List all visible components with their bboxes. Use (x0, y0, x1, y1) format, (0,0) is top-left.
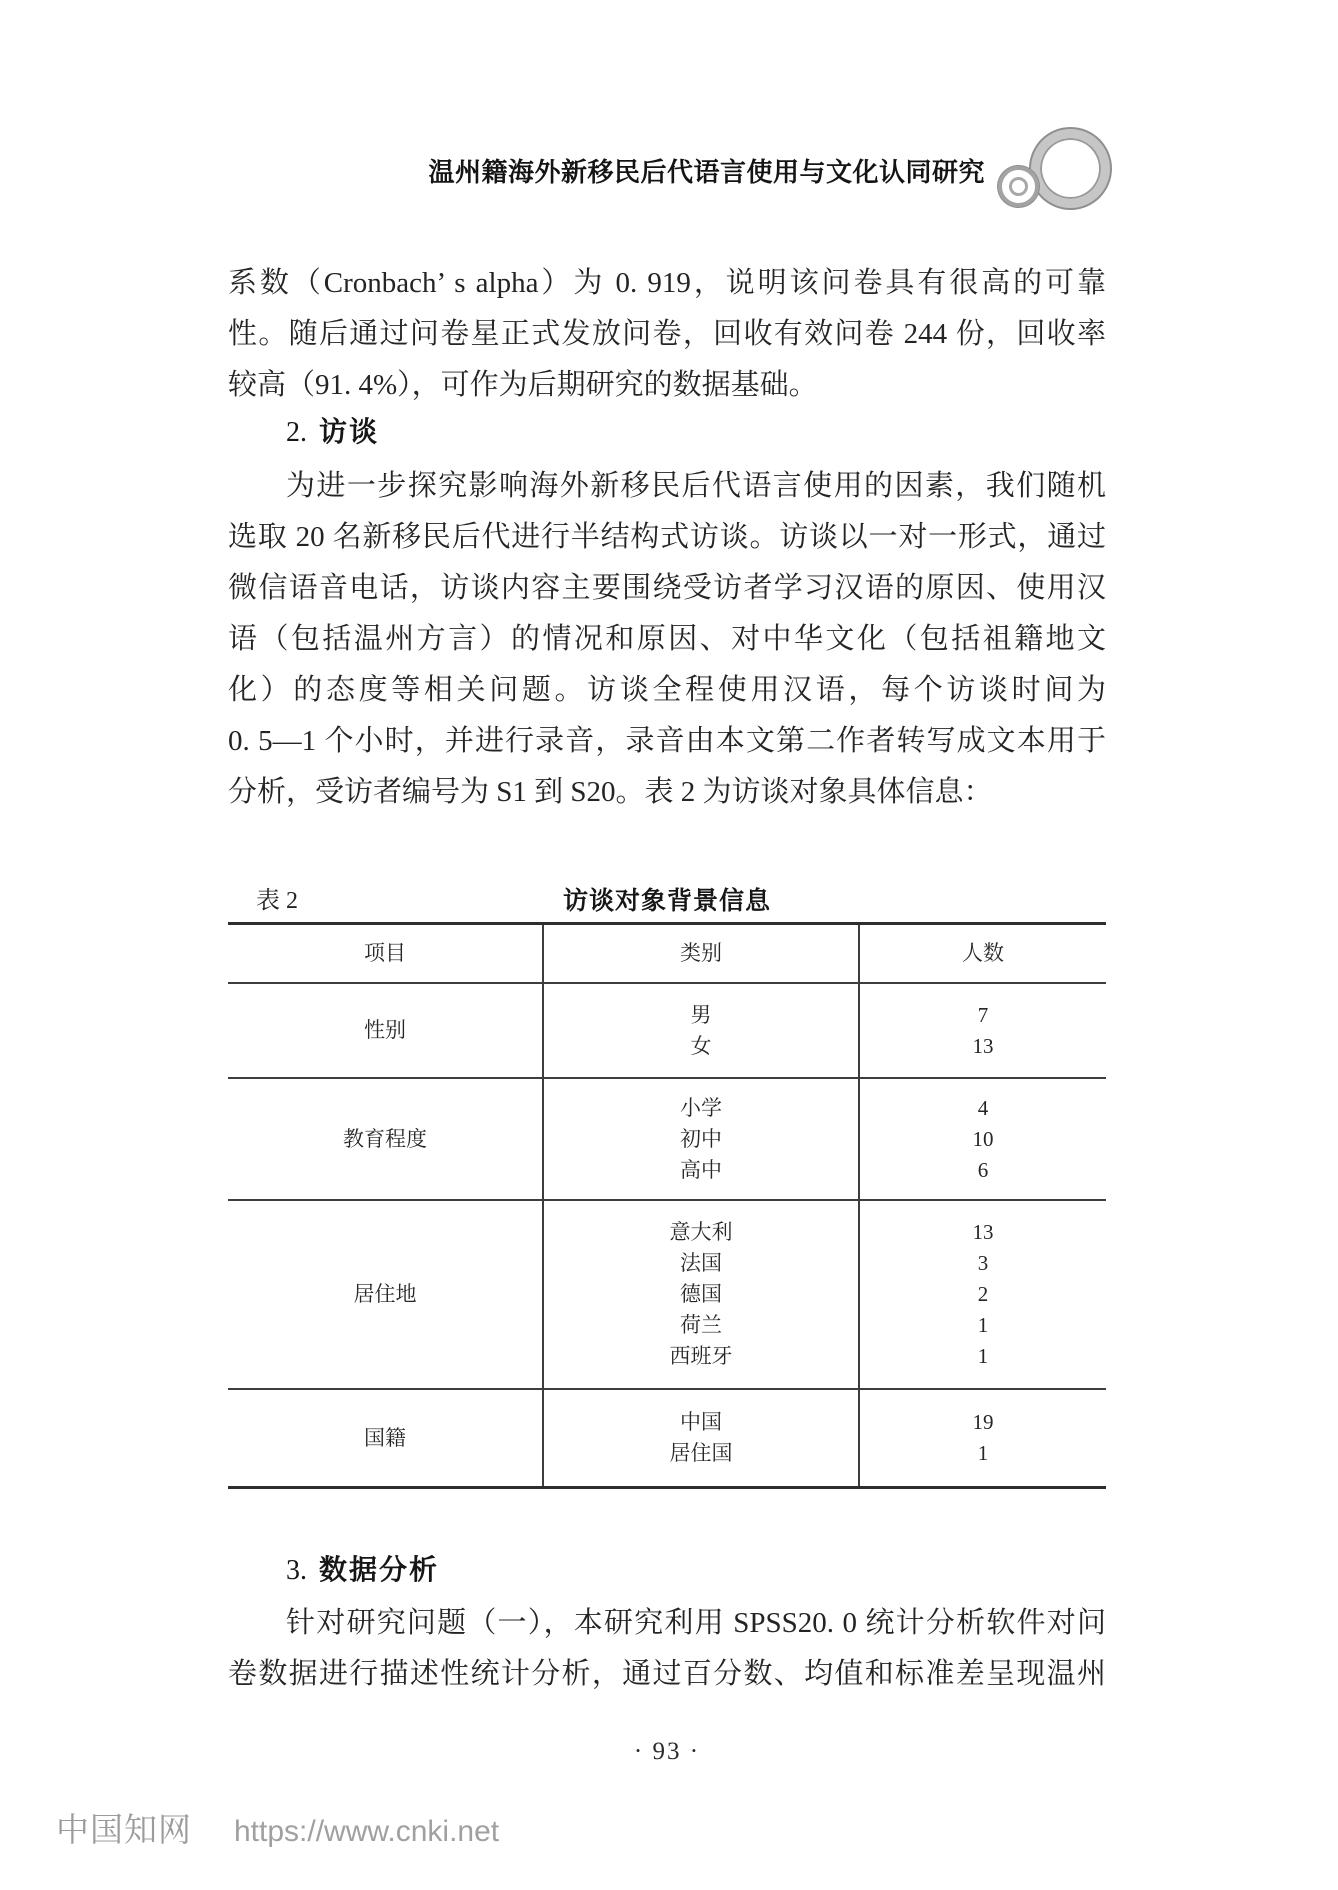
cell-line: 7 (978, 1000, 989, 1031)
cell-line: 女 (691, 1031, 712, 1062)
cell-line: 13 (973, 1217, 994, 1248)
logo-large-ring-icon (1031, 129, 1110, 208)
text-line: 选取 20 名新移民后代进行半结构式访谈。访谈以一对一形式，通过 (228, 512, 1106, 563)
section-number: 2. (228, 417, 307, 448)
row-item-cell: 居住地 (228, 1199, 542, 1388)
cell-line: 初中 (680, 1124, 722, 1155)
text-line: 分析，受访者编号为 S1 到 S20。表 2 为访谈对象具体信息： (228, 767, 1106, 818)
row-category-cell: 男女 (542, 982, 858, 1077)
section-title: 访谈 (319, 416, 379, 447)
cell-line: 教育程度 (343, 1124, 427, 1155)
text-line: 系数（Cronbach’ s alpha）为 0. 919，说明该问卷具有很高的… (228, 258, 1106, 309)
cell-line: 性别 (364, 1015, 406, 1046)
cell-line: 意大利 (670, 1217, 733, 1248)
row-category-cell: 意大利法国德国荷兰西班牙 (542, 1199, 858, 1388)
cell-line: 居住国 (670, 1438, 733, 1469)
cnki-url: https://www.cnki.net (234, 1815, 499, 1849)
cell-line: 1 (978, 1438, 989, 1469)
column-header: 类别 (542, 925, 858, 982)
row-count-cell: 133211 (858, 1199, 1106, 1388)
cell-line: 小学 (680, 1093, 722, 1124)
cell-line: 法国 (680, 1248, 722, 1279)
cell-line: 10 (973, 1124, 994, 1155)
cell-line: 中国 (680, 1407, 722, 1438)
row-count-cell: 4106 (858, 1077, 1106, 1199)
cell-line: 19 (973, 1407, 994, 1438)
cnki-rings-logo (990, 120, 1120, 220)
column-header: 项目 (228, 925, 542, 982)
cell-line: 4 (978, 1093, 989, 1124)
text-line: 针对研究问题（一），本研究利用 SPSS20. 0 统计分析软件对问 (228, 1598, 1106, 1649)
section-number: 3. (228, 1555, 307, 1586)
cell-line: 国籍 (364, 1423, 406, 1454)
text-line: 微信语音电话，访谈内容主要围绕受访者学习汉语的原因、使用汉 (228, 563, 1106, 614)
cell-line: 男 (691, 1000, 712, 1031)
text-line: 0. 5—1 个小时，并进行录音，录音由本文第二作者转写成文本用于 (228, 716, 1106, 767)
section-heading-interview: 2.访谈 (228, 412, 1106, 452)
paragraph-interview: 为进一步探究影响海外新移民后代语言使用的因素，我们随机选取 20 名新移民后代进… (228, 461, 1106, 818)
paragraph-data-analysis: 针对研究问题（一），本研究利用 SPSS20. 0 统计分析软件对问卷数据进行描… (228, 1598, 1106, 1700)
cell-line: 3 (978, 1248, 989, 1279)
cell-line: 居住地 (354, 1279, 417, 1310)
cell-line: 13 (973, 1031, 994, 1062)
cnki-site-name: 中国知网 (56, 1804, 192, 1851)
cell-line: 类别 (680, 938, 722, 969)
running-head-title: 温州籍海外新移民后代语言使用与文化认同研究 (0, 152, 985, 189)
document-page: 温州籍海外新移民后代语言使用与文化认同研究 系数（Cronbach’ s alp… (0, 0, 1338, 1890)
text-line: 为进一步探究影响海外新移民后代语言使用的因素，我们随机 (228, 461, 1106, 512)
logo-small-ring-icon (998, 166, 1039, 207)
cell-line: 高中 (680, 1155, 722, 1186)
section-heading-data-analysis: 3.数据分析 (228, 1550, 1106, 1590)
cell-line: 6 (978, 1155, 989, 1186)
text-line: 性。随后通过问卷星正式发放问卷，回收有效问卷 244 份，回收率 (228, 309, 1106, 360)
page-number: · 93 · (228, 1738, 1106, 1766)
row-count-cell: 191 (858, 1388, 1106, 1486)
cell-line: 德国 (680, 1279, 722, 1310)
cell-line: 1 (978, 1341, 989, 1372)
cell-line: 荷兰 (680, 1310, 722, 1341)
table-caption-row: 表 2 访谈对象背景信息 (228, 882, 1106, 920)
cnki-watermark: 中国知网 https://www.cnki.net (56, 1804, 499, 1851)
row-category-cell: 小学初中高中 (542, 1077, 858, 1199)
cell-line: 西班牙 (670, 1341, 733, 1372)
paragraph-reliability: 系数（Cronbach’ s alpha）为 0. 919，说明该问卷具有很高的… (228, 258, 1106, 411)
text-line: 语（包括温州方言）的情况和原因、对中华文化（包括祖籍地文 (228, 614, 1106, 665)
cell-line: 项目 (364, 938, 406, 969)
row-item-cell: 教育程度 (228, 1077, 542, 1199)
cell-line: 2 (978, 1279, 989, 1310)
cell-line: 1 (978, 1310, 989, 1341)
interviewee-background-table: 项目类别人数性别男女713教育程度小学初中高中4106居住地意大利法国德国荷兰西… (228, 922, 1106, 1489)
row-category-cell: 中国居住国 (542, 1388, 858, 1486)
column-header: 人数 (858, 925, 1106, 982)
row-item-cell: 国籍 (228, 1388, 542, 1486)
row-item-cell: 性别 (228, 982, 542, 1077)
section-title: 数据分析 (319, 1554, 439, 1585)
cell-line: 人数 (962, 938, 1004, 969)
text-line: 较高（91. 4%），可作为后期研究的数据基础。 (228, 360, 1106, 411)
text-line: 卷数据进行描述性统计分析，通过百分数、均值和标准差呈现温州 (228, 1649, 1106, 1700)
table-caption: 访谈对象背景信息 (228, 882, 1106, 920)
text-line: 化）的态度等相关问题。访谈全程使用汉语，每个访谈时间为 (228, 665, 1106, 716)
row-count-cell: 713 (858, 982, 1106, 1077)
